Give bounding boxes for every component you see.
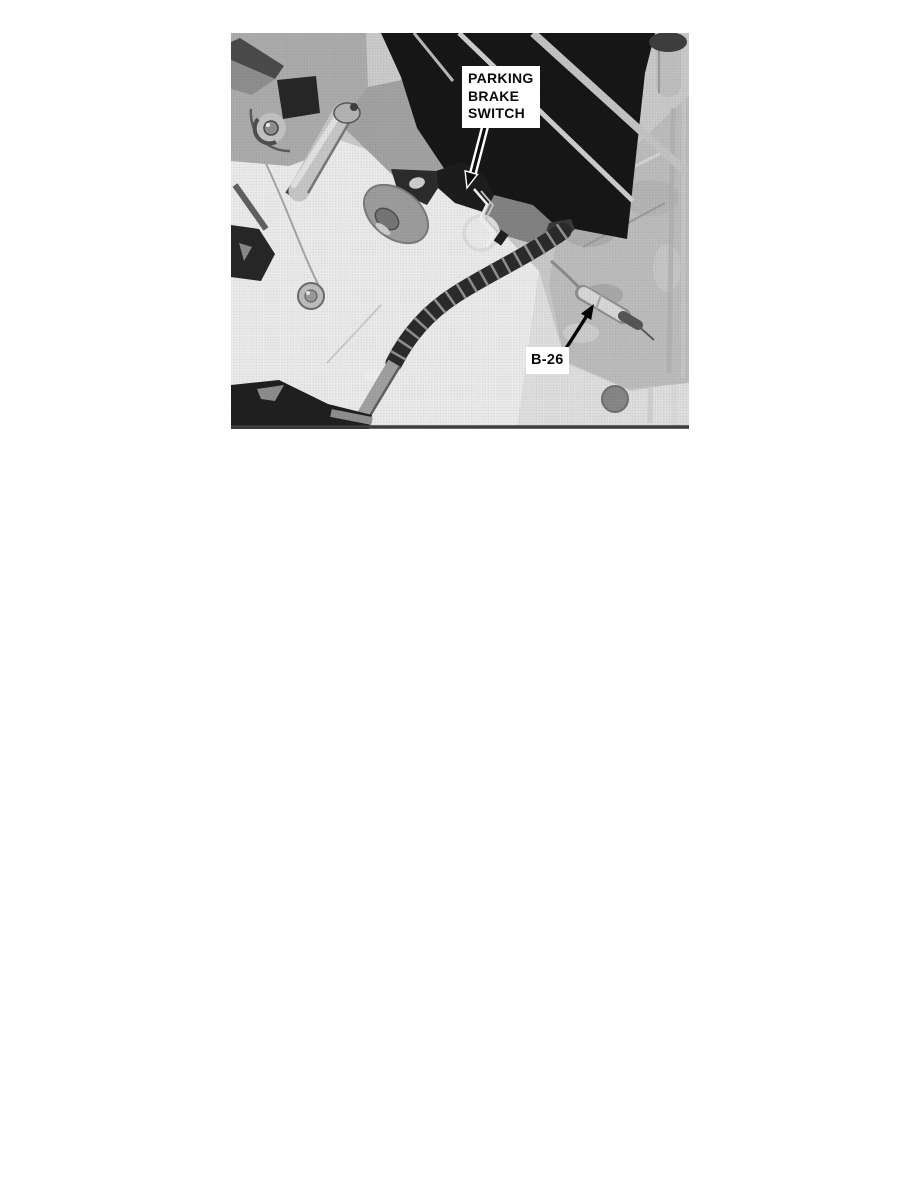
parking-brake-switch-photo: PARKING BRAKE SWITCH B-26	[231, 33, 689, 429]
b26-label: B-26	[526, 347, 569, 374]
halftone-overlay	[231, 33, 689, 429]
parking-brake-switch-label-line1: PARKING	[468, 70, 534, 88]
parking-brake-switch-label-line3: SWITCH	[468, 105, 534, 123]
manual-page: PARKING BRAKE SWITCH B-26	[0, 0, 918, 1188]
photo-artwork	[231, 33, 689, 429]
parking-brake-switch-label: PARKING BRAKE SWITCH	[462, 66, 540, 128]
parking-brake-switch-label-line2: BRAKE	[468, 88, 534, 106]
